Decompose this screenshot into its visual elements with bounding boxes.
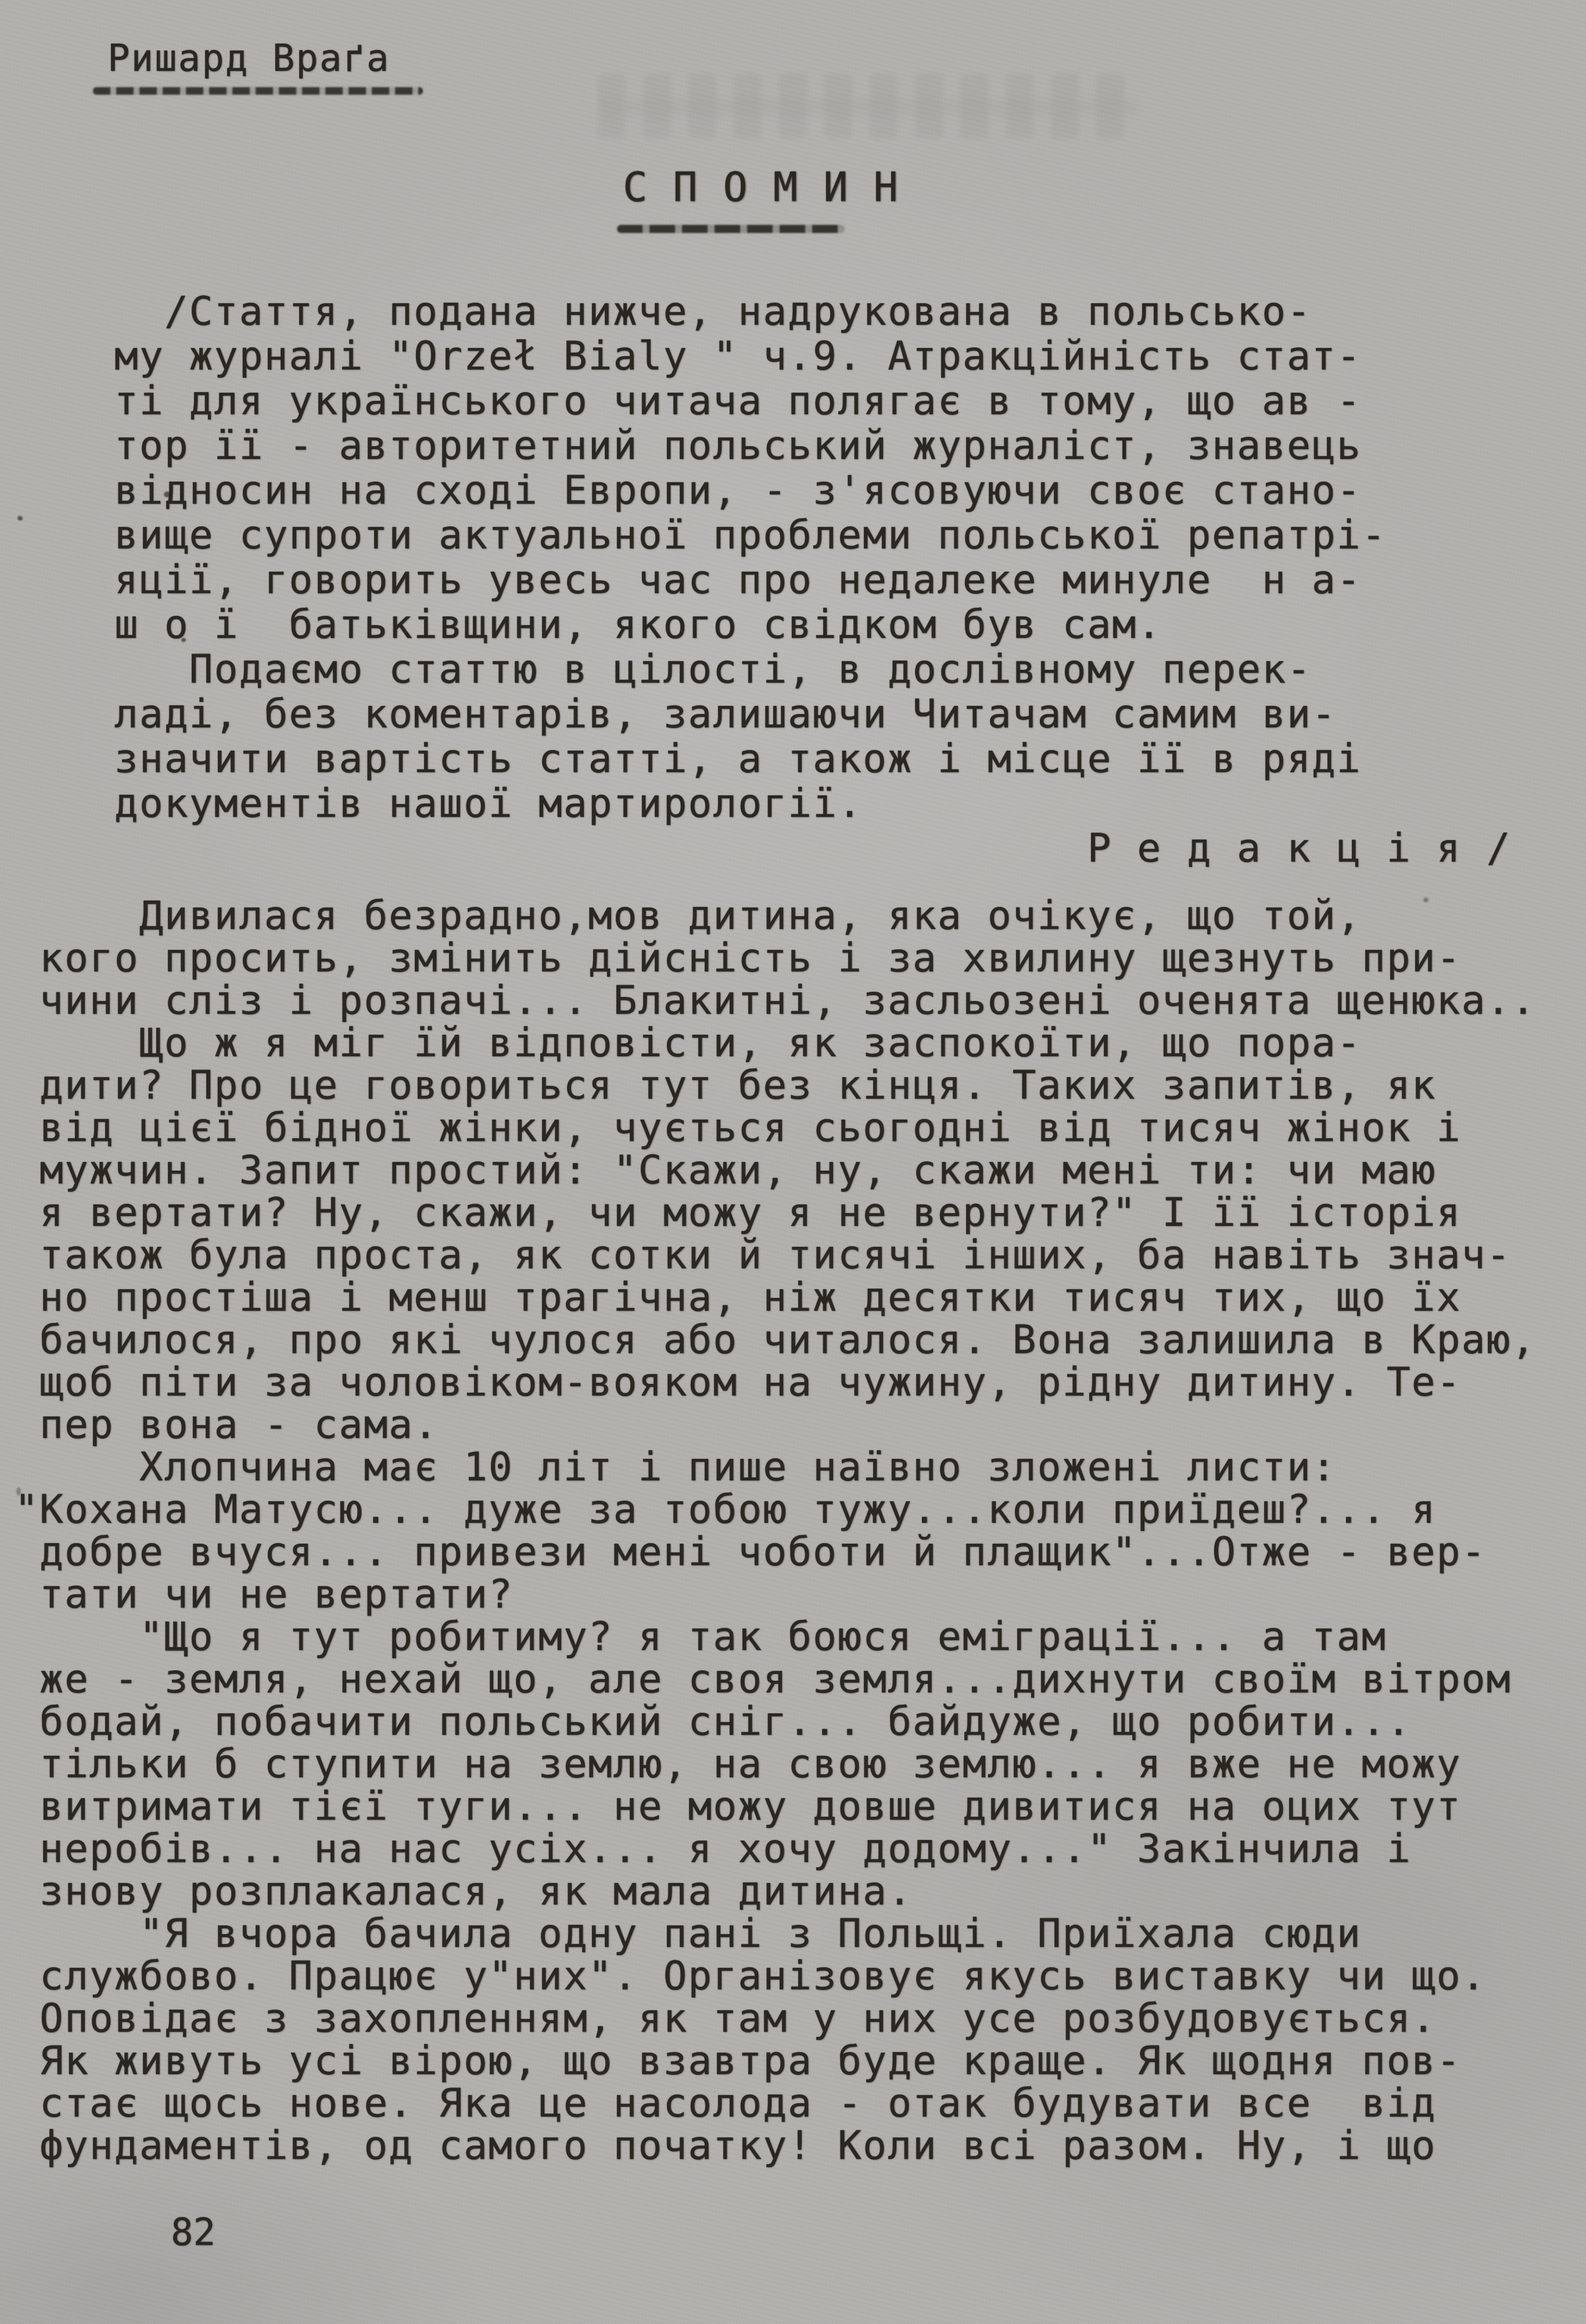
ink-bleed-through-smudge xyxy=(598,74,1139,138)
scanned-document-page: Ришард Враґа С П О М И Н /Стаття, подана… xyxy=(0,0,1586,2324)
article-body: Дивилася безрадно,мов дитина, яка очікує… xyxy=(15,895,1536,2167)
ink-speck xyxy=(16,1487,21,1495)
page-title: С П О М И Н xyxy=(623,165,899,209)
page-number: 82 xyxy=(171,2212,216,2253)
title-underline xyxy=(617,225,845,233)
ink-speck xyxy=(1423,898,1429,902)
author-name: Ришард Враґа xyxy=(107,38,390,79)
author-underline xyxy=(93,87,423,95)
ink-speck xyxy=(181,638,186,642)
ink-speck xyxy=(164,492,171,497)
editorial-note: /Стаття, подана нижче, надрукована в пол… xyxy=(15,289,1511,871)
